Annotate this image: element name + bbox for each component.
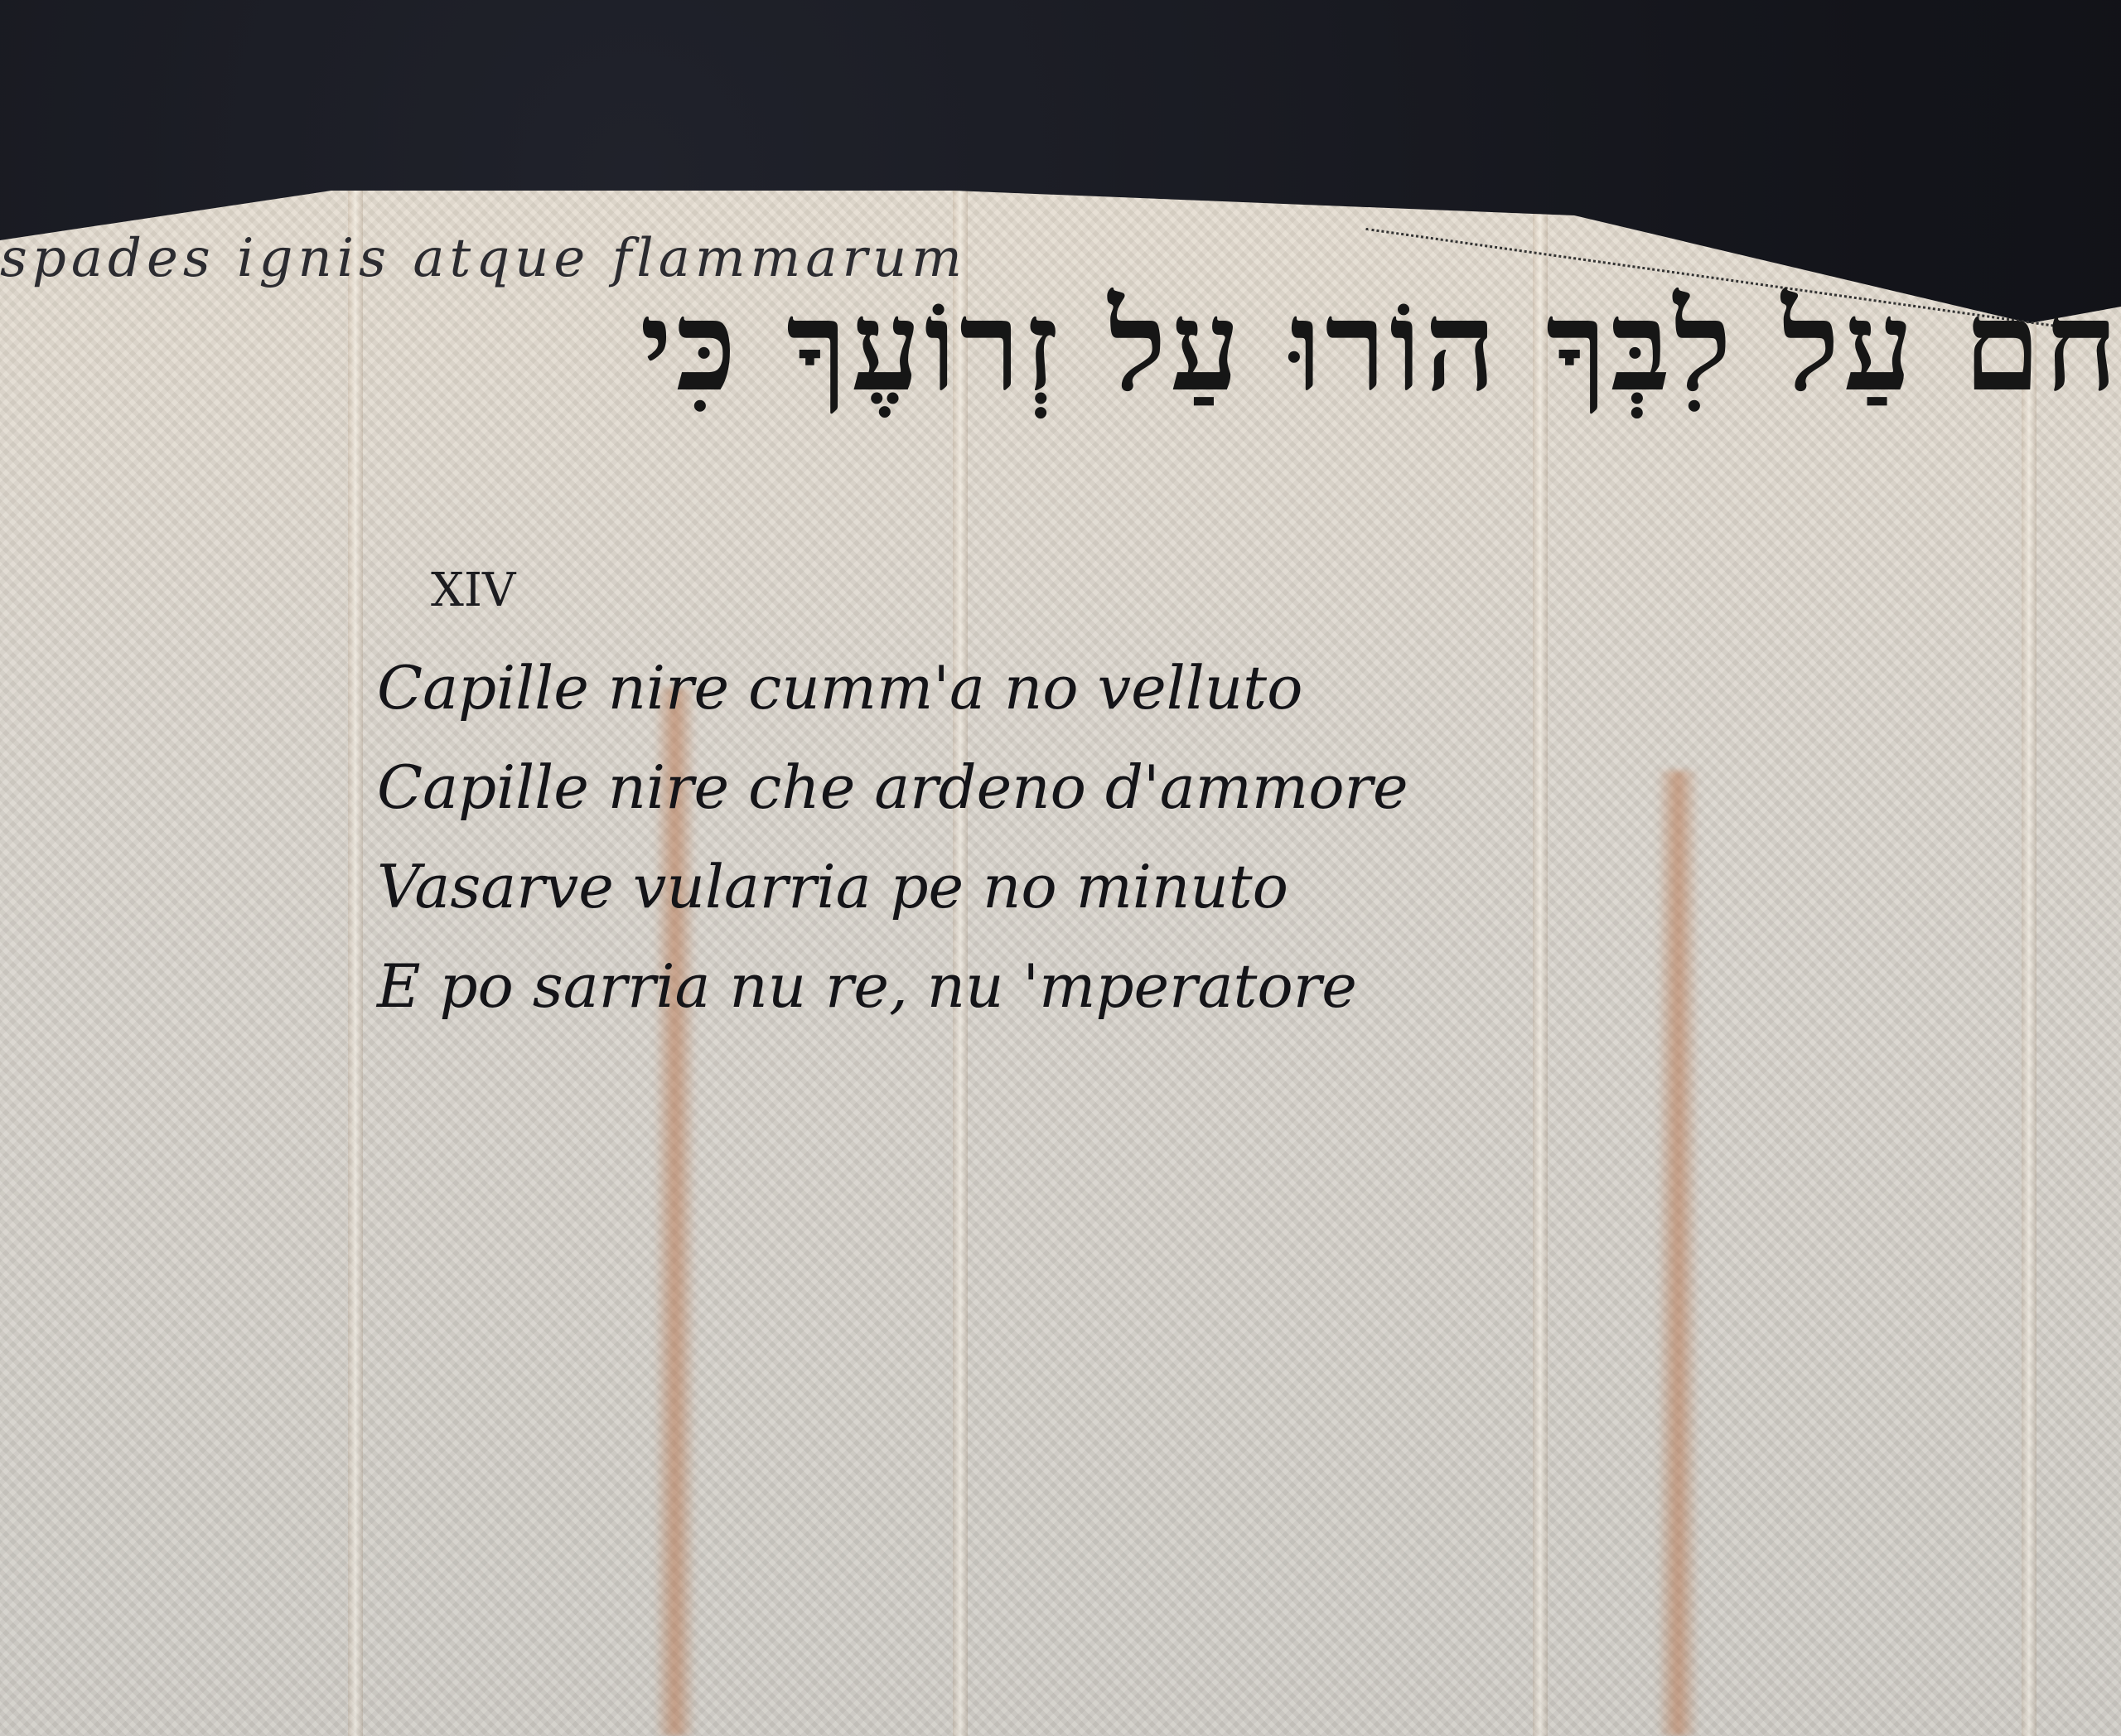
fold-crease [2022,191,2036,1736]
hebrew-inscription: חם עַל לִבְּךָ הוֹרוּ עַל זְרוֹעֶךָ כִּי [0,273,2121,419]
poem-line: Vasarve vularria pe no minuto [377,837,1408,936]
rust-stain [1657,771,1698,1736]
poem-line: Capille nire cumm'a no velluto [377,638,1408,737]
poem-line: E po sarria nu re, nu 'mperatore [377,936,1408,1036]
poem-verse: Capille nire cumm'a no velluto Capille n… [377,638,1408,1036]
fold-crease [348,191,363,1736]
fold-crease [1533,191,1548,1736]
poem-line: Capille nire che ardeno d'ammore [377,737,1408,837]
verse-numeral: XIV [431,563,515,617]
